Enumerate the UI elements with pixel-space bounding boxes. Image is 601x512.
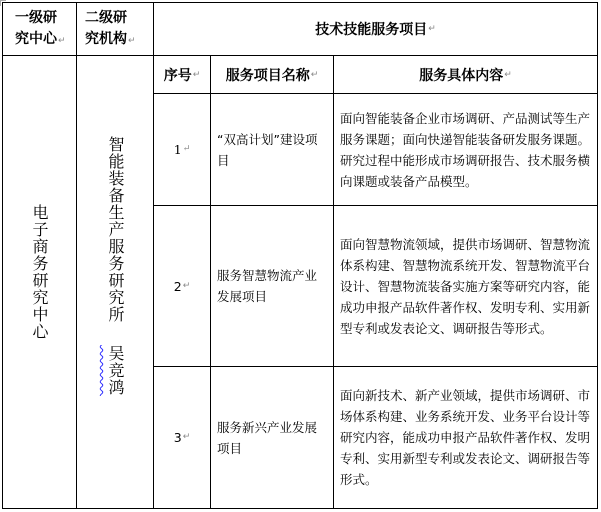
paragraph-mark: ↵	[58, 36, 66, 46]
level1-center-cell: 电子商务研究中心	[3, 56, 76, 508]
row-1-content: 面向智能装备企业市场调研、产品测试等生产服务课题；面向快递智能装备研发服务课题。…	[334, 94, 597, 205]
table-anchor-mark	[0, 0, 6, 6]
paragraph-mark: ↵	[193, 70, 201, 80]
paragraph-mark: ↵	[504, 70, 512, 80]
person-name: 吴竞鸿	[106, 345, 125, 396]
row-1-seq: 1↵	[154, 94, 210, 205]
table-border-right	[597, 2, 598, 509]
row-2-name: 服务智慧物流产业发展项目	[211, 206, 333, 366]
table-border-bottom	[2, 508, 598, 509]
row-3-content: 面向新技术、新产业领域，提供市场调研、市场体系构建、业务系统开发、业务平台设计等…	[334, 367, 597, 508]
level2-institute-name: 智能装备生产服务研究所吴竞鸿	[105, 136, 125, 508]
header-service-projects: 技术技能服务项目↵	[154, 3, 597, 55]
row-2-seq: 2↵	[154, 206, 210, 366]
paragraph-mark: ↵	[183, 276, 191, 297]
header-content: 服务具体内容↵	[334, 56, 597, 93]
row-2-content: 面向智慧物流领域，提供市场调研、智慧物流体系构建、智慧物流系统开发、智慧物流平台…	[334, 206, 597, 366]
header-seq: 序号↵	[154, 56, 210, 93]
header-name: 服务项目名称↵	[211, 56, 333, 93]
row-3-name: 服务新兴产业发展项目	[211, 367, 333, 508]
row-3-seq: 3↵	[154, 367, 210, 508]
paragraph-mark: ↵	[183, 139, 191, 160]
level2-institute-cell: 智能装备生产服务研究所吴竞鸿	[77, 56, 153, 508]
header-level2-institute: 二级研 究机构↵	[77, 3, 153, 55]
header-level1-center: 一级研 究中心↵	[3, 3, 76, 55]
paragraph-mark: ↵	[183, 427, 191, 448]
level1-center-name: 电子商务研究中心	[28, 204, 51, 508]
paragraph-mark: ↵	[311, 70, 319, 80]
row-1-name: “双高计划”建设项目	[211, 94, 333, 205]
paragraph-mark: ↵	[128, 36, 136, 46]
paragraph-mark: ↵	[428, 24, 436, 34]
